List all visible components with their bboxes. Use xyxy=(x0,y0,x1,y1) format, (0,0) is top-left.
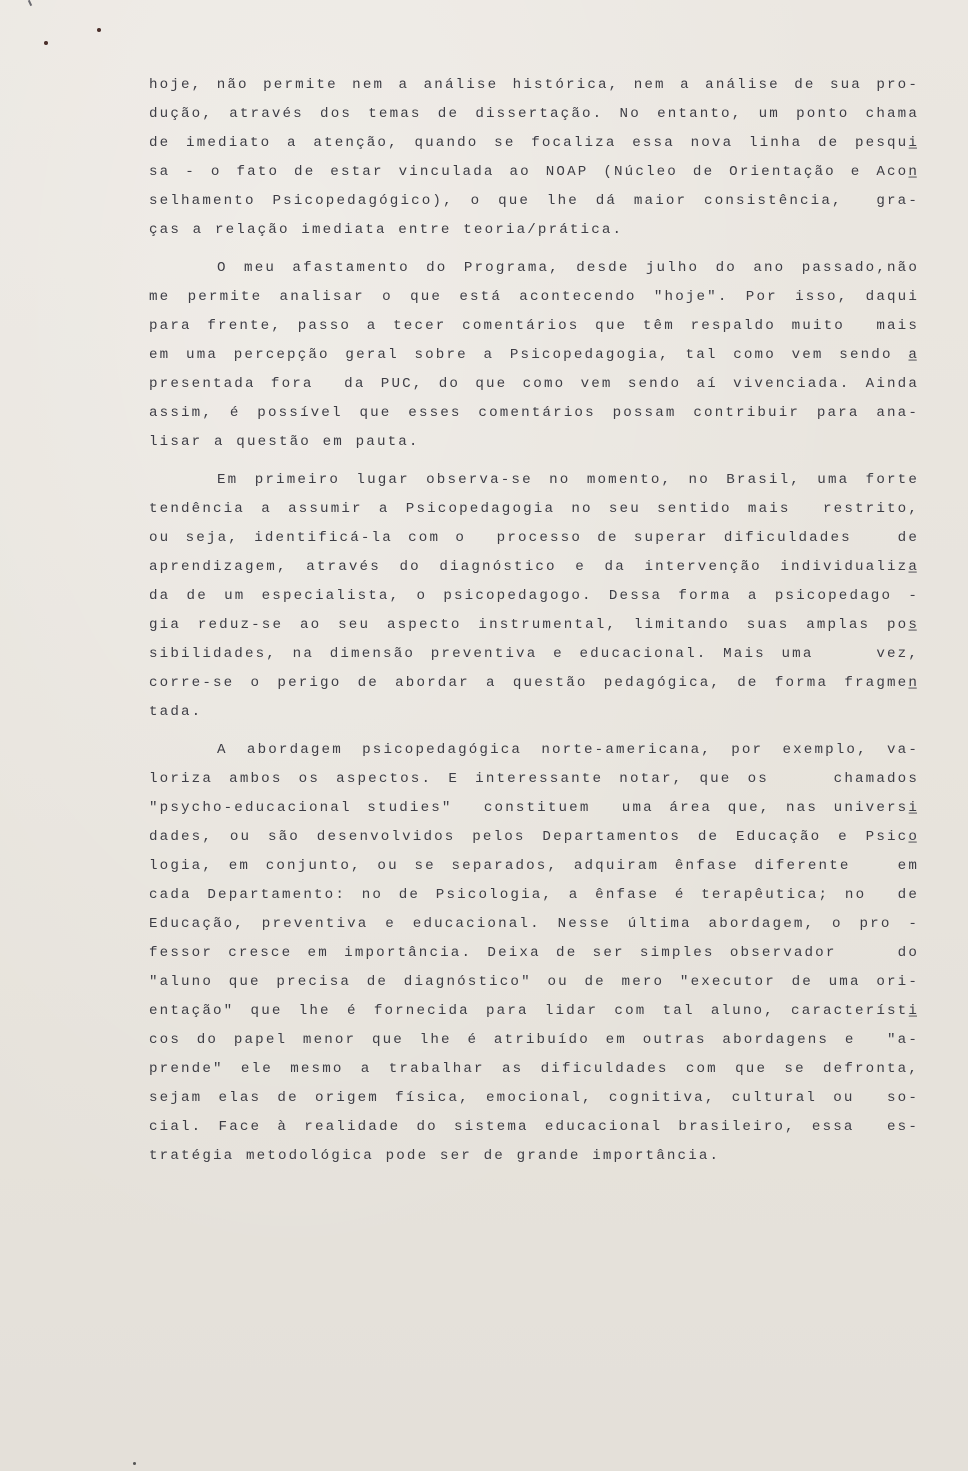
text-line: Educação, preventiva e educacional. Ness… xyxy=(149,910,919,939)
text-line: para frente, passo a tecer comentários q… xyxy=(149,312,919,341)
text-line: dução, através dos temas de dissertação.… xyxy=(149,100,919,129)
paragraph: A abordagem psicopedagógica norte-americ… xyxy=(149,736,919,1171)
scanned-page: hoje, não permite nem a análise históric… xyxy=(0,0,968,1471)
paragraph-spacing xyxy=(149,457,919,466)
text-line: dades, ou são desenvolvidos pelos Depart… xyxy=(149,823,919,852)
paper-edge-mark xyxy=(28,0,32,6)
text-line: lisar a questão em pauta. xyxy=(149,428,919,457)
ink-speck xyxy=(133,1462,136,1465)
text-line: Em primeiro lugar observa-se no momento,… xyxy=(149,466,919,495)
text-line: tada. xyxy=(149,698,919,727)
text-line: sibilidades, na dimensão preventiva e ed… xyxy=(149,640,919,669)
text-line: corre-se o perigo de abordar a questão p… xyxy=(149,669,919,698)
text-line: cada Departamento: no de Psicologia, a ê… xyxy=(149,881,919,910)
text-line: sa - o fato de estar vinculada ao NOAP (… xyxy=(149,158,919,187)
text-line: fessor cresce em importância. Deixa de s… xyxy=(149,939,919,968)
text-line: da de um especialista, o psicopedagogo. … xyxy=(149,582,919,611)
text-line: me permite analisar o que está acontecen… xyxy=(149,283,919,312)
text-line: ças a relação imediata entre teoria/prát… xyxy=(149,216,919,245)
text-line: de imediato a atenção, quando se focaliz… xyxy=(149,129,919,158)
text-line: cial. Face à realidade do sistema educac… xyxy=(149,1113,919,1142)
paragraph-spacing xyxy=(149,727,919,736)
text-line: prende" ele mesmo a trabalhar as dificul… xyxy=(149,1055,919,1084)
paragraph-spacing xyxy=(149,245,919,254)
text-line: sejam elas de origem física, emocional, … xyxy=(149,1084,919,1113)
document-body: hoje, não permite nem a análise históric… xyxy=(149,71,919,1171)
text-line: tendência a assumir a Psicopedagogia no … xyxy=(149,495,919,524)
text-line: "aluno que precisa de diagnóstico" ou de… xyxy=(149,968,919,997)
ink-speck xyxy=(44,41,48,45)
text-line: hoje, não permite nem a análise históric… xyxy=(149,71,919,100)
text-line: ou seja, identificá-la com o processo de… xyxy=(149,524,919,553)
text-line: entação" que lhe é fornecida para lidar … xyxy=(149,997,919,1026)
paragraph: Em primeiro lugar observa-se no momento,… xyxy=(149,466,919,727)
text-line: aprendizagem, através do diagnóstico e d… xyxy=(149,553,919,582)
text-line: logia, em conjunto, ou se separados, adq… xyxy=(149,852,919,881)
text-line: gia reduz-se ao seu aspecto instrumental… xyxy=(149,611,919,640)
ink-speck xyxy=(97,28,101,32)
text-line: tratégia metodológica pode ser de grande… xyxy=(149,1142,919,1171)
text-line: O meu afastamento do Programa, desde jul… xyxy=(149,254,919,283)
text-line: cos do papel menor que lhe é atribuído e… xyxy=(149,1026,919,1055)
text-line: A abordagem psicopedagógica norte-americ… xyxy=(149,736,919,765)
text-line: selhamento Psicopedagógico), o que lhe d… xyxy=(149,187,919,216)
paragraph: O meu afastamento do Programa, desde jul… xyxy=(149,254,919,457)
text-line: assim, é possível que esses comentários … xyxy=(149,399,919,428)
text-line: em uma percepção geral sobre a Psicopeda… xyxy=(149,341,919,370)
text-line: presentada fora da PUC, do que como vem … xyxy=(149,370,919,399)
text-line: "psycho-educacional studies" constituem … xyxy=(149,794,919,823)
text-line: loriza ambos os aspectos. E interessante… xyxy=(149,765,919,794)
paragraph: hoje, não permite nem a análise históric… xyxy=(149,71,919,245)
